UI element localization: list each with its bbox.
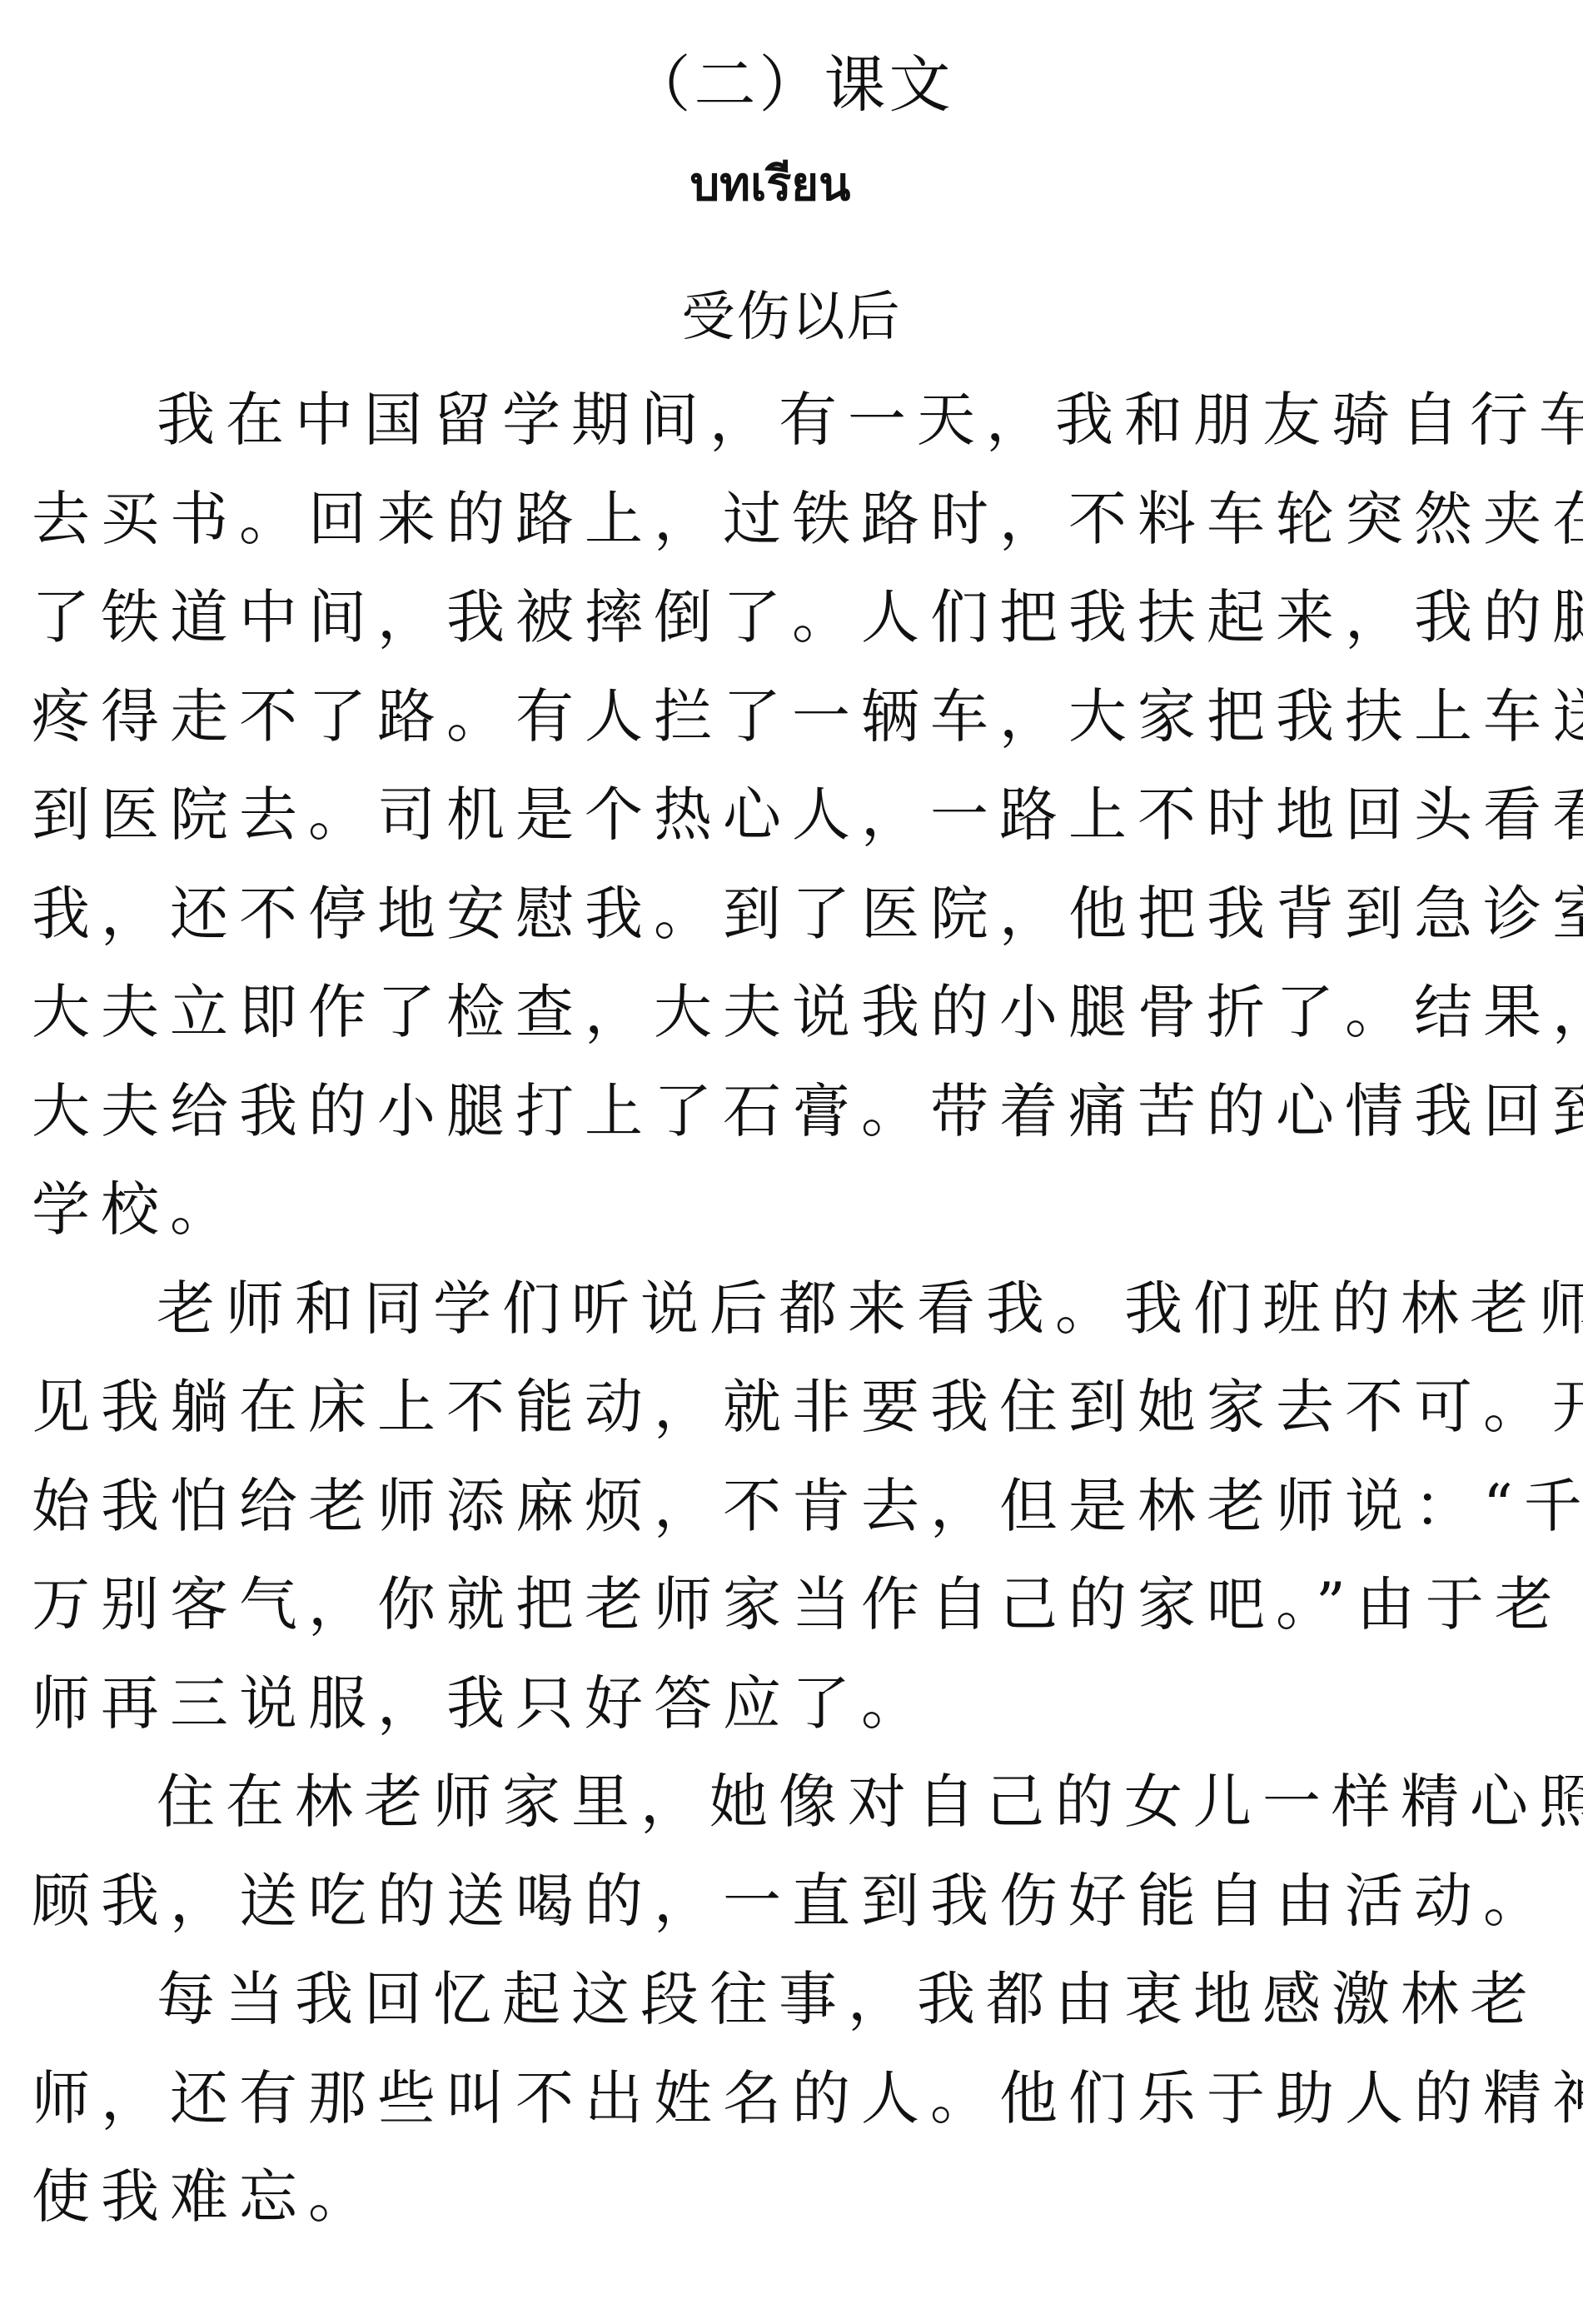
paragraph-2-line-4: 万别客气，你就把老师家当作自己的家吧。”由于老 — [32, 1555, 1556, 1654]
thai-heading: บทเรียน — [0, 152, 1541, 218]
paragraph-1-line-2: 去买书。回来的路上，过铁路时，不料车轮突然夹在 — [32, 470, 1556, 569]
paragraph-1-line-4: 疼得走不了路。有人拦了一辆车，大家把我扶上车送 — [32, 667, 1556, 766]
paragraph-4-line-1: 每当我回忆起这段往事，我都由衷地感激林老 — [32, 1950, 1556, 2049]
paragraph-4-line-2: 师，还有那些叫不出姓名的人。他们乐于助人的精神 — [32, 2049, 1556, 2148]
lesson-body: 我在中国留学期间，有一天，我和朋友骑自行车 去买书。回来的路上，过铁路时，不料车… — [32, 371, 1556, 2247]
document-page: （二）课文 บทเรียน 受伤以后 我在中国留学期间，有一天，我和朋友骑自行车… — [0, 0, 1583, 2324]
paragraph-1-line-6: 我，还不停地安慰我。到了医院，他把我背到急诊室。 — [32, 865, 1556, 964]
paragraph-4-line-3: 使我难忘。 — [32, 2147, 1556, 2247]
paragraph-1-line-7: 大夫立即作了检查，大夫说我的小腿骨折了。结果， — [32, 963, 1556, 1062]
paragraph-1-line-5: 到医院去。司机是个热心人，一路上不时地回头看看 — [32, 766, 1556, 865]
paragraph-2-line-2: 见我躺在床上不能动，就非要我住到她家去不可。开 — [32, 1358, 1556, 1457]
paragraph-2-line-1: 老师和同学们听说后都来看我。我们班的林老师 — [32, 1259, 1556, 1359]
paragraph-1-line-1: 我在中国留学期间，有一天，我和朋友骑自行车 — [32, 371, 1556, 470]
paragraph-1-line-8: 大夫给我的小腿打上了石膏。带着痛苦的心情我回到 — [32, 1062, 1556, 1161]
paragraph-3-line-1: 住在林老师家里，她像对自己的女儿一样精心照 — [32, 1753, 1556, 1852]
paragraph-1-line-9: 学校。 — [32, 1160, 1556, 1259]
paragraph-2-line-3: 始我怕给老师添麻烦，不肯去，但是林老师说：“千 — [32, 1457, 1556, 1556]
paragraph-3-line-2: 顾我，送吃的送喝的，一直到我伤好能自由活动。 — [32, 1852, 1556, 1951]
section-heading: （二）课文 — [0, 43, 1583, 127]
paragraph-2-line-5: 师再三说服，我只好答应了。 — [32, 1654, 1556, 1753]
lesson-title: 受伤以后 — [0, 280, 1583, 355]
paragraph-1-line-3: 了铁道中间，我被摔倒了。人们把我扶起来，我的腿 — [32, 568, 1556, 667]
